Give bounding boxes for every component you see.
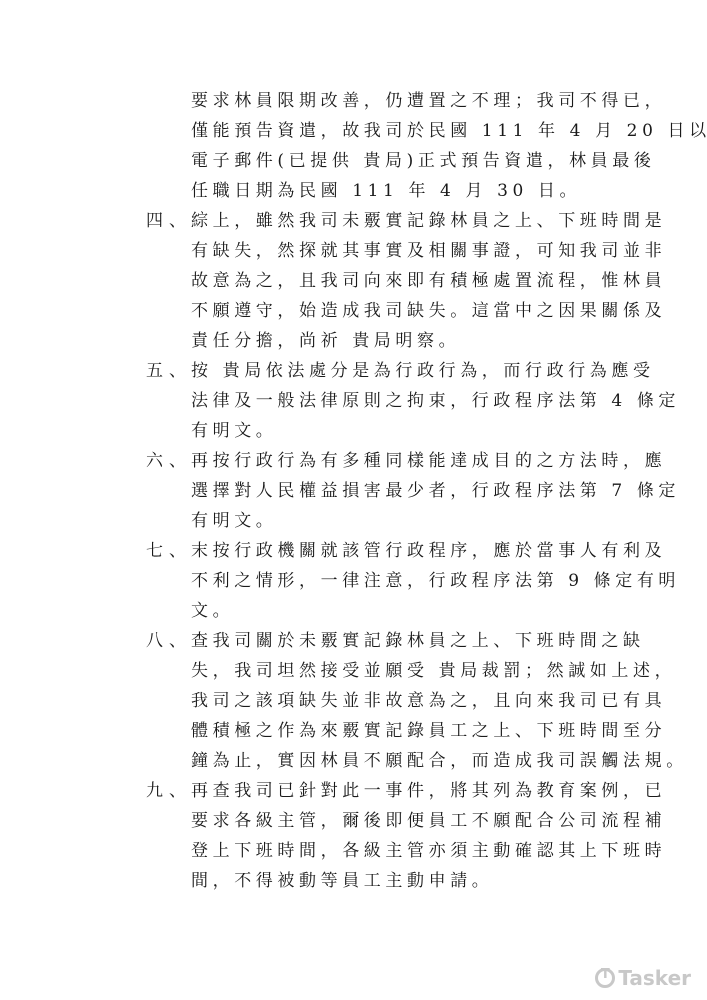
document-page: 要求林員限期改善，仍遭置之不理；我司不得已， 僅能預告資遣，故我司於民國 111… [0,0,707,1000]
text-line: 綜上，雖然我司未覈實記錄林員之上、下班時間是 [191,206,666,236]
text-line: 登上下班時間，各級主管亦須主動確認其上下班時 [191,836,666,866]
text-line: 體積極之作為來覈實記錄員工之上、下班時間至分 [191,716,666,746]
text-line: 不願遵守，始造成我司缺失。這當中之因果關係及 [191,296,666,326]
text-line: 電子郵件(已提供 貴局)正式預告資遣，林員最後 [191,146,655,176]
text-line: 有明文。 [191,416,277,446]
text-line: 不利之情形，一律注意，行政程序法第 9 條定有明 [191,566,680,596]
text-line: 法律及一般法律原則之拘束，行政程序法第 4 條定 [191,386,680,416]
text-line: 我司之該項缺失並非故意為之，且向來我司已有具 [191,686,666,716]
text-line: 按 貴局依法處分是為行政行為，而行政行為應受 [191,356,655,386]
watermark: Tasker [595,966,691,990]
text-line: 文。 [191,596,234,626]
text-line: 要求林員限期改善，仍遭置之不理；我司不得已， [191,86,666,116]
item-number: 八、 [146,626,192,656]
text-line: 末按行政機關就該管行政程序，應於當事人有利及 [191,536,666,566]
item-number: 四、 [146,206,192,236]
text-line: 故意為之，且我司向來即有積極處置流程，惟林員 [191,266,666,296]
text-line: 任職日期為民國 111 年 4 月 30 日。 [191,176,581,206]
text-line: 再按行政行為有多種同樣能達成目的之方法時，應 [191,446,666,476]
watermark-text: Tasker [618,966,691,990]
item-number: 九、 [146,776,192,806]
text-line: 要求各級主管，爾後即便員工不願配合公司流程補 [191,806,666,836]
text-line: 失，我司坦然接受並願受 貴局裁罰；然誠如上述， [191,656,676,686]
text-line: 選擇對人民權益損害最少者，行政程序法第 7 條定 [191,476,680,506]
text-line: 僅能預告資遣，故我司於民國 111 年 4 月 20 日以 [191,116,707,146]
item-number: 五、 [146,356,192,386]
item-number: 六、 [146,446,192,476]
tasker-logo-icon [595,968,615,988]
item-number: 七、 [146,536,192,566]
text-line: 再查我司已針對此一事件，將其列為教育案例，已 [191,776,666,806]
text-line: 責任分擔，尚祈 貴局明察。 [191,326,460,356]
text-line: 間，不得被動等員工主動申請。 [191,866,493,896]
text-line: 有明文。 [191,506,277,536]
text-line: 有缺失，然探就其事實及相關事證，可知我司並非 [191,236,666,266]
text-line: 鐘為止，實因林員不願配合，而造成我司誤觸法規。 [191,746,688,776]
text-line: 查我司關於未覈實記錄林員之上、下班時間之缺 [191,626,645,656]
